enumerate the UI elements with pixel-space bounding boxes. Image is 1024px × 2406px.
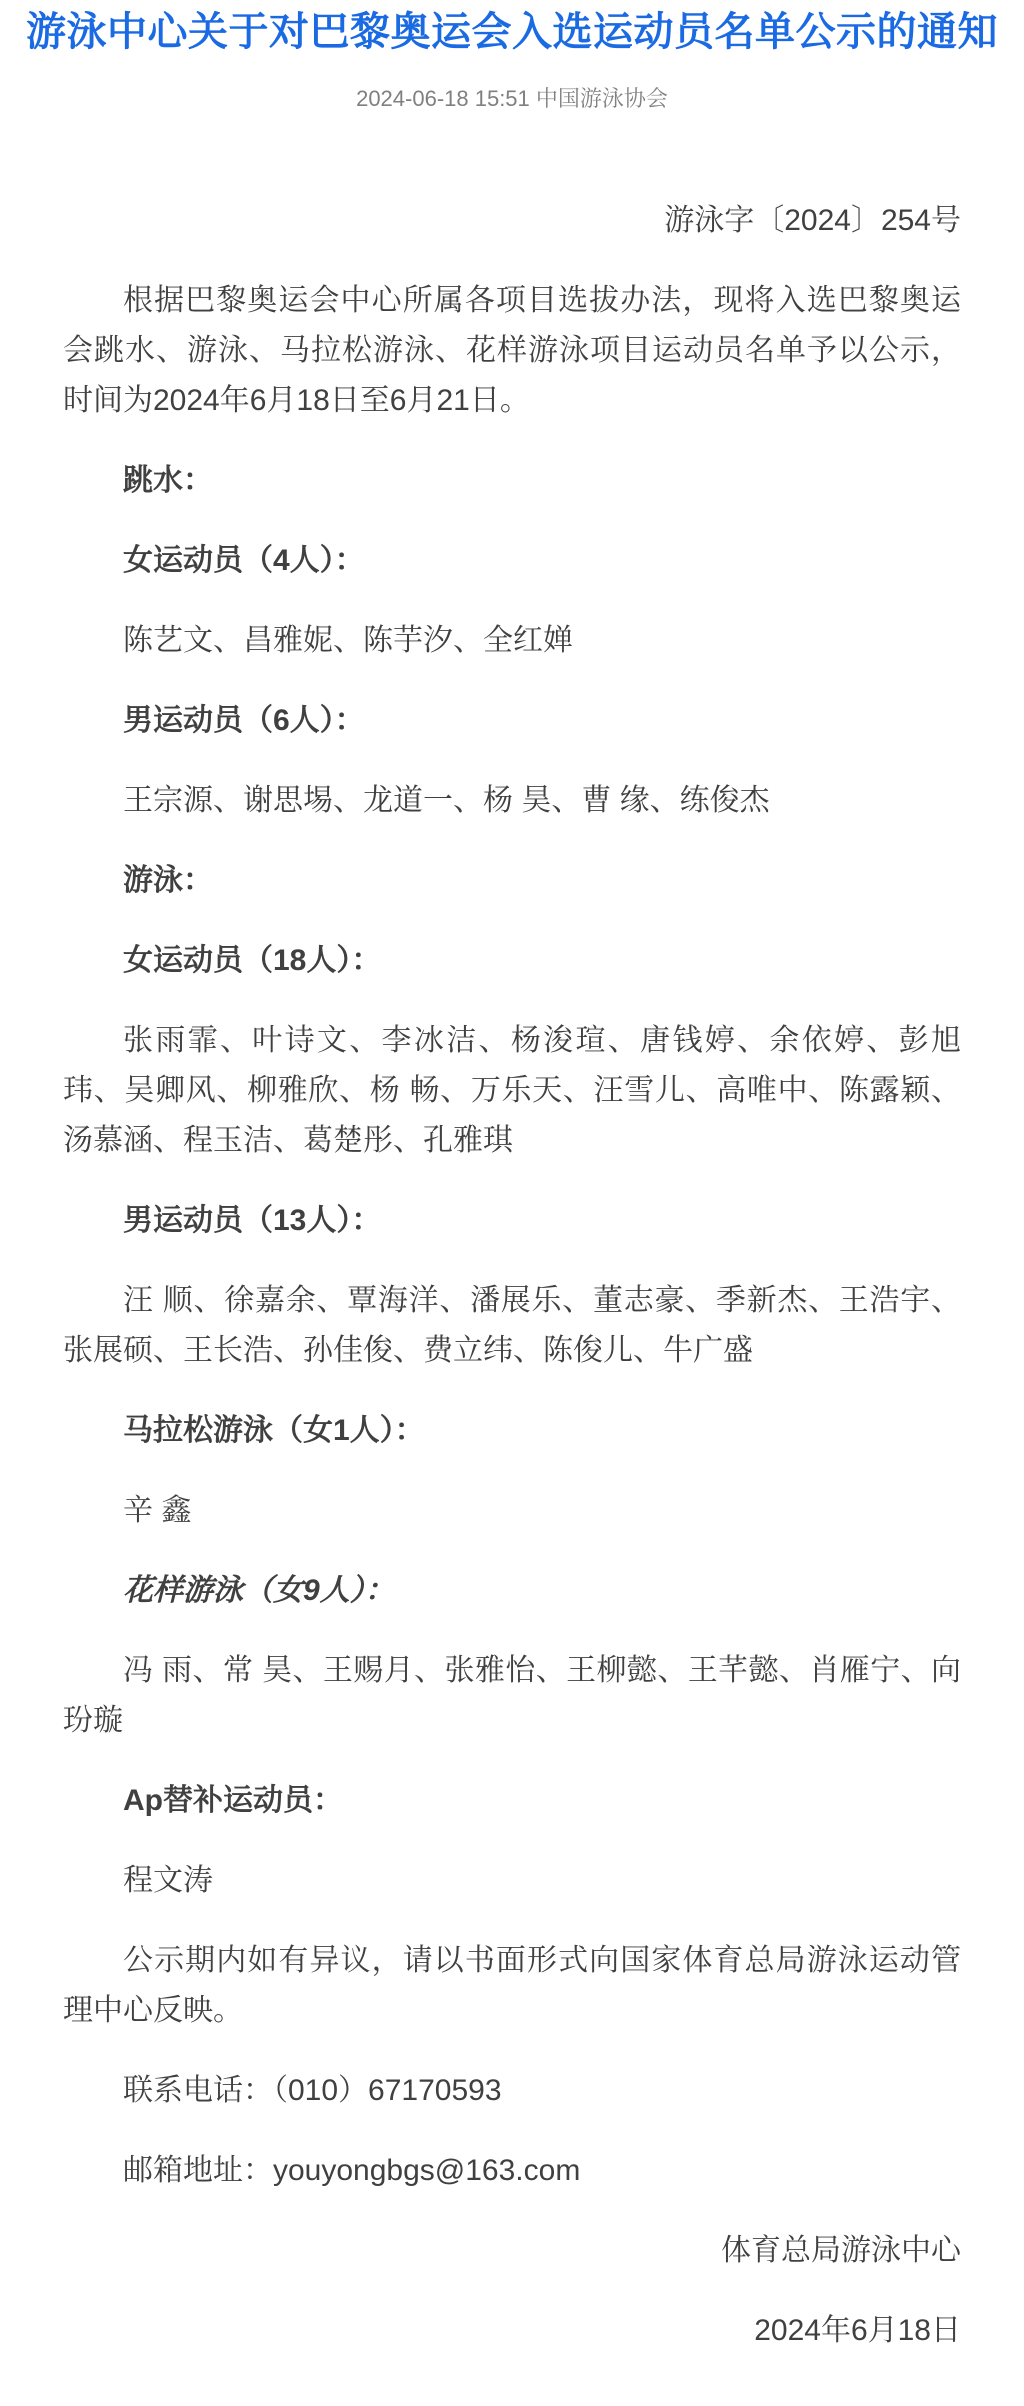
- diving-men-names: 王宗源、谢思埸、龙道一、杨 昊、曹 缘、练俊杰: [63, 776, 961, 826]
- swimming-men-label: 男运动员（13人）：: [63, 1196, 961, 1246]
- contact-phone: 联系电话：（010）67170593: [63, 2066, 961, 2116]
- swimming-men-names: 汪 顺、徐嘉余、覃海洋、潘展乐、董志豪、季新杰、王浩宇、张展硕、王长浩、孙佳俊、…: [63, 1276, 961, 1376]
- marathon-names: 辛 鑫: [63, 1486, 961, 1536]
- page-title: 游泳中心关于对巴黎奥运会入选运动员名单公示的通知: [0, 0, 1024, 56]
- article-header: 游泳中心关于对巴黎奥运会入选运动员名单公示的通知 2024-06-18 15:5…: [0, 0, 1024, 114]
- artistic-label: 花样游泳（女9人）：: [63, 1566, 961, 1616]
- artistic-names: 冯 雨、常 昊、王赐月、张雅怡、王柳懿、王芊懿、肖雁宁、向玢璇: [63, 1646, 961, 1746]
- section-swimming-label: 游泳：: [63, 856, 961, 906]
- marathon-label: 马拉松游泳（女1人）：: [63, 1406, 961, 1456]
- signature: 体育总局游泳中心: [63, 2226, 961, 2276]
- diving-women-label: 女运动员（4人）：: [63, 536, 961, 586]
- article-meta: 2024-06-18 15:51 中国游泳协会: [0, 84, 1024, 114]
- swimming-women-names: 张雨霏、叶诗文、李冰洁、杨浚瑄、唐钱婷、余依婷、彭旭玮、吴卿风、柳雅欣、杨 畅、…: [63, 1016, 961, 1166]
- paragraph-list: 根据巴黎奥运会中心所属各项目选拔办法，现将入选巴黎奥运会跳水、游泳、马拉松游泳、…: [63, 276, 961, 2356]
- diving-men-label: 男运动员（6人）：: [63, 696, 961, 746]
- article-body: 游泳字〔2024〕254号 根据巴黎奥运会中心所属各项目选拔办法，现将入选巴黎奥…: [0, 196, 1024, 2406]
- swimming-women-label: 女运动员（18人）：: [63, 936, 961, 986]
- alternate-label: Ap替补运动员：: [63, 1776, 961, 1826]
- section-diving-label: 跳水：: [63, 456, 961, 506]
- intro-paragraph: 根据巴黎奥运会中心所属各项目选拔办法，现将入选巴黎奥运会跳水、游泳、马拉松游泳、…: [63, 276, 961, 426]
- objection-paragraph: 公示期内如有异议，请以书面形式向国家体育总局游泳运动管理中心反映。: [63, 1936, 961, 2036]
- doc-number: 游泳字〔2024〕254号: [63, 196, 961, 246]
- contact-email: 邮箱地址：youyongbgs@163.com: [63, 2146, 961, 2196]
- signature-date: 2024年6月18日: [63, 2306, 961, 2356]
- diving-women-names: 陈艺文、昌雅妮、陈芋汐、全红婵: [63, 616, 961, 666]
- notice-page: 游泳中心关于对巴黎奥运会入选运动员名单公示的通知 2024-06-18 15:5…: [0, 0, 1024, 2406]
- alternate-names: 程文涛: [63, 1856, 961, 1906]
